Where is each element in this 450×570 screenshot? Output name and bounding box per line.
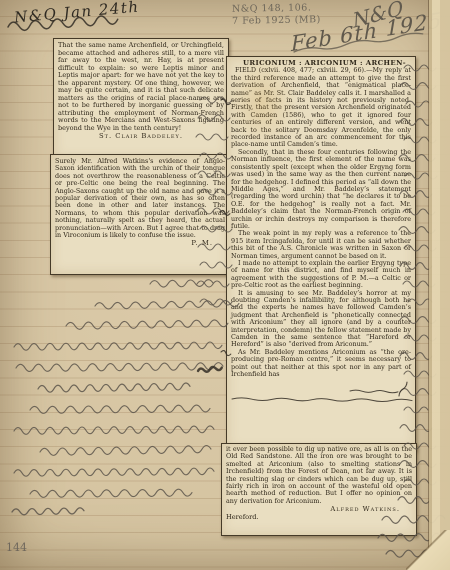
clipping-paragraph: Secondly, that in these four centuries f… <box>231 149 411 230</box>
clipping-paragraph: That the same name Archenfield, or Urchi… <box>58 42 224 132</box>
handwritten-note-top-left: N&Q Jan 24th <box>13 0 140 26</box>
scrapbook-page: N&Q Jan 24th N&Q 148, 106. 7 Feb 1925 (M… <box>0 0 450 570</box>
clipping-baddeley-reply: That the same name Archenfield, or Urchi… <box>53 38 229 160</box>
clipping-paragraph: Surely Mr. Alfred Watkins's evidence of … <box>55 158 225 239</box>
signature-location: Hereford. <box>226 514 412 521</box>
reference-date: 7 Feb 1925 (MB) <box>232 14 321 27</box>
clipping-paragraph: I made no attempt to explain the earlier… <box>231 260 411 290</box>
handwritten-reference: N&Q 148, 106. 7 Feb 1925 (MB) <box>232 2 321 27</box>
signature-baddeley: St. Clair Baddeley. <box>58 133 224 141</box>
clipping-paragraph: it ever been possible to dig up native o… <box>226 446 412 505</box>
clipping-paragraph: As Mr. Baddeley mentions Ariconium as “t… <box>231 349 411 379</box>
reference-volume-page: N&Q 148, 106. <box>232 2 321 15</box>
clipping-paragraph: FIELD (cxlvii. 408, 477; cxlviii. 29, 66… <box>231 67 411 148</box>
clipping-pm-reply: Surely Mr. Alfred Watkins's evidence of … <box>50 154 230 275</box>
page-edge <box>428 0 450 570</box>
page-number: 144 <box>6 541 27 554</box>
clipping-paragraph: The weak point in my reply was a referen… <box>231 230 411 260</box>
clipping-paragraph: It is amusing to see Mr. Baddeley’s horr… <box>231 290 411 349</box>
corner-fold <box>406 530 450 570</box>
signature-pm: P. M. <box>55 240 225 247</box>
clipping-watkins-continuation: it ever been possible to dig up native o… <box>221 443 417 536</box>
clipping-watkins-main: URICONIUM : ARICONIUM : ARCHEN- FIELD (c… <box>226 56 416 451</box>
